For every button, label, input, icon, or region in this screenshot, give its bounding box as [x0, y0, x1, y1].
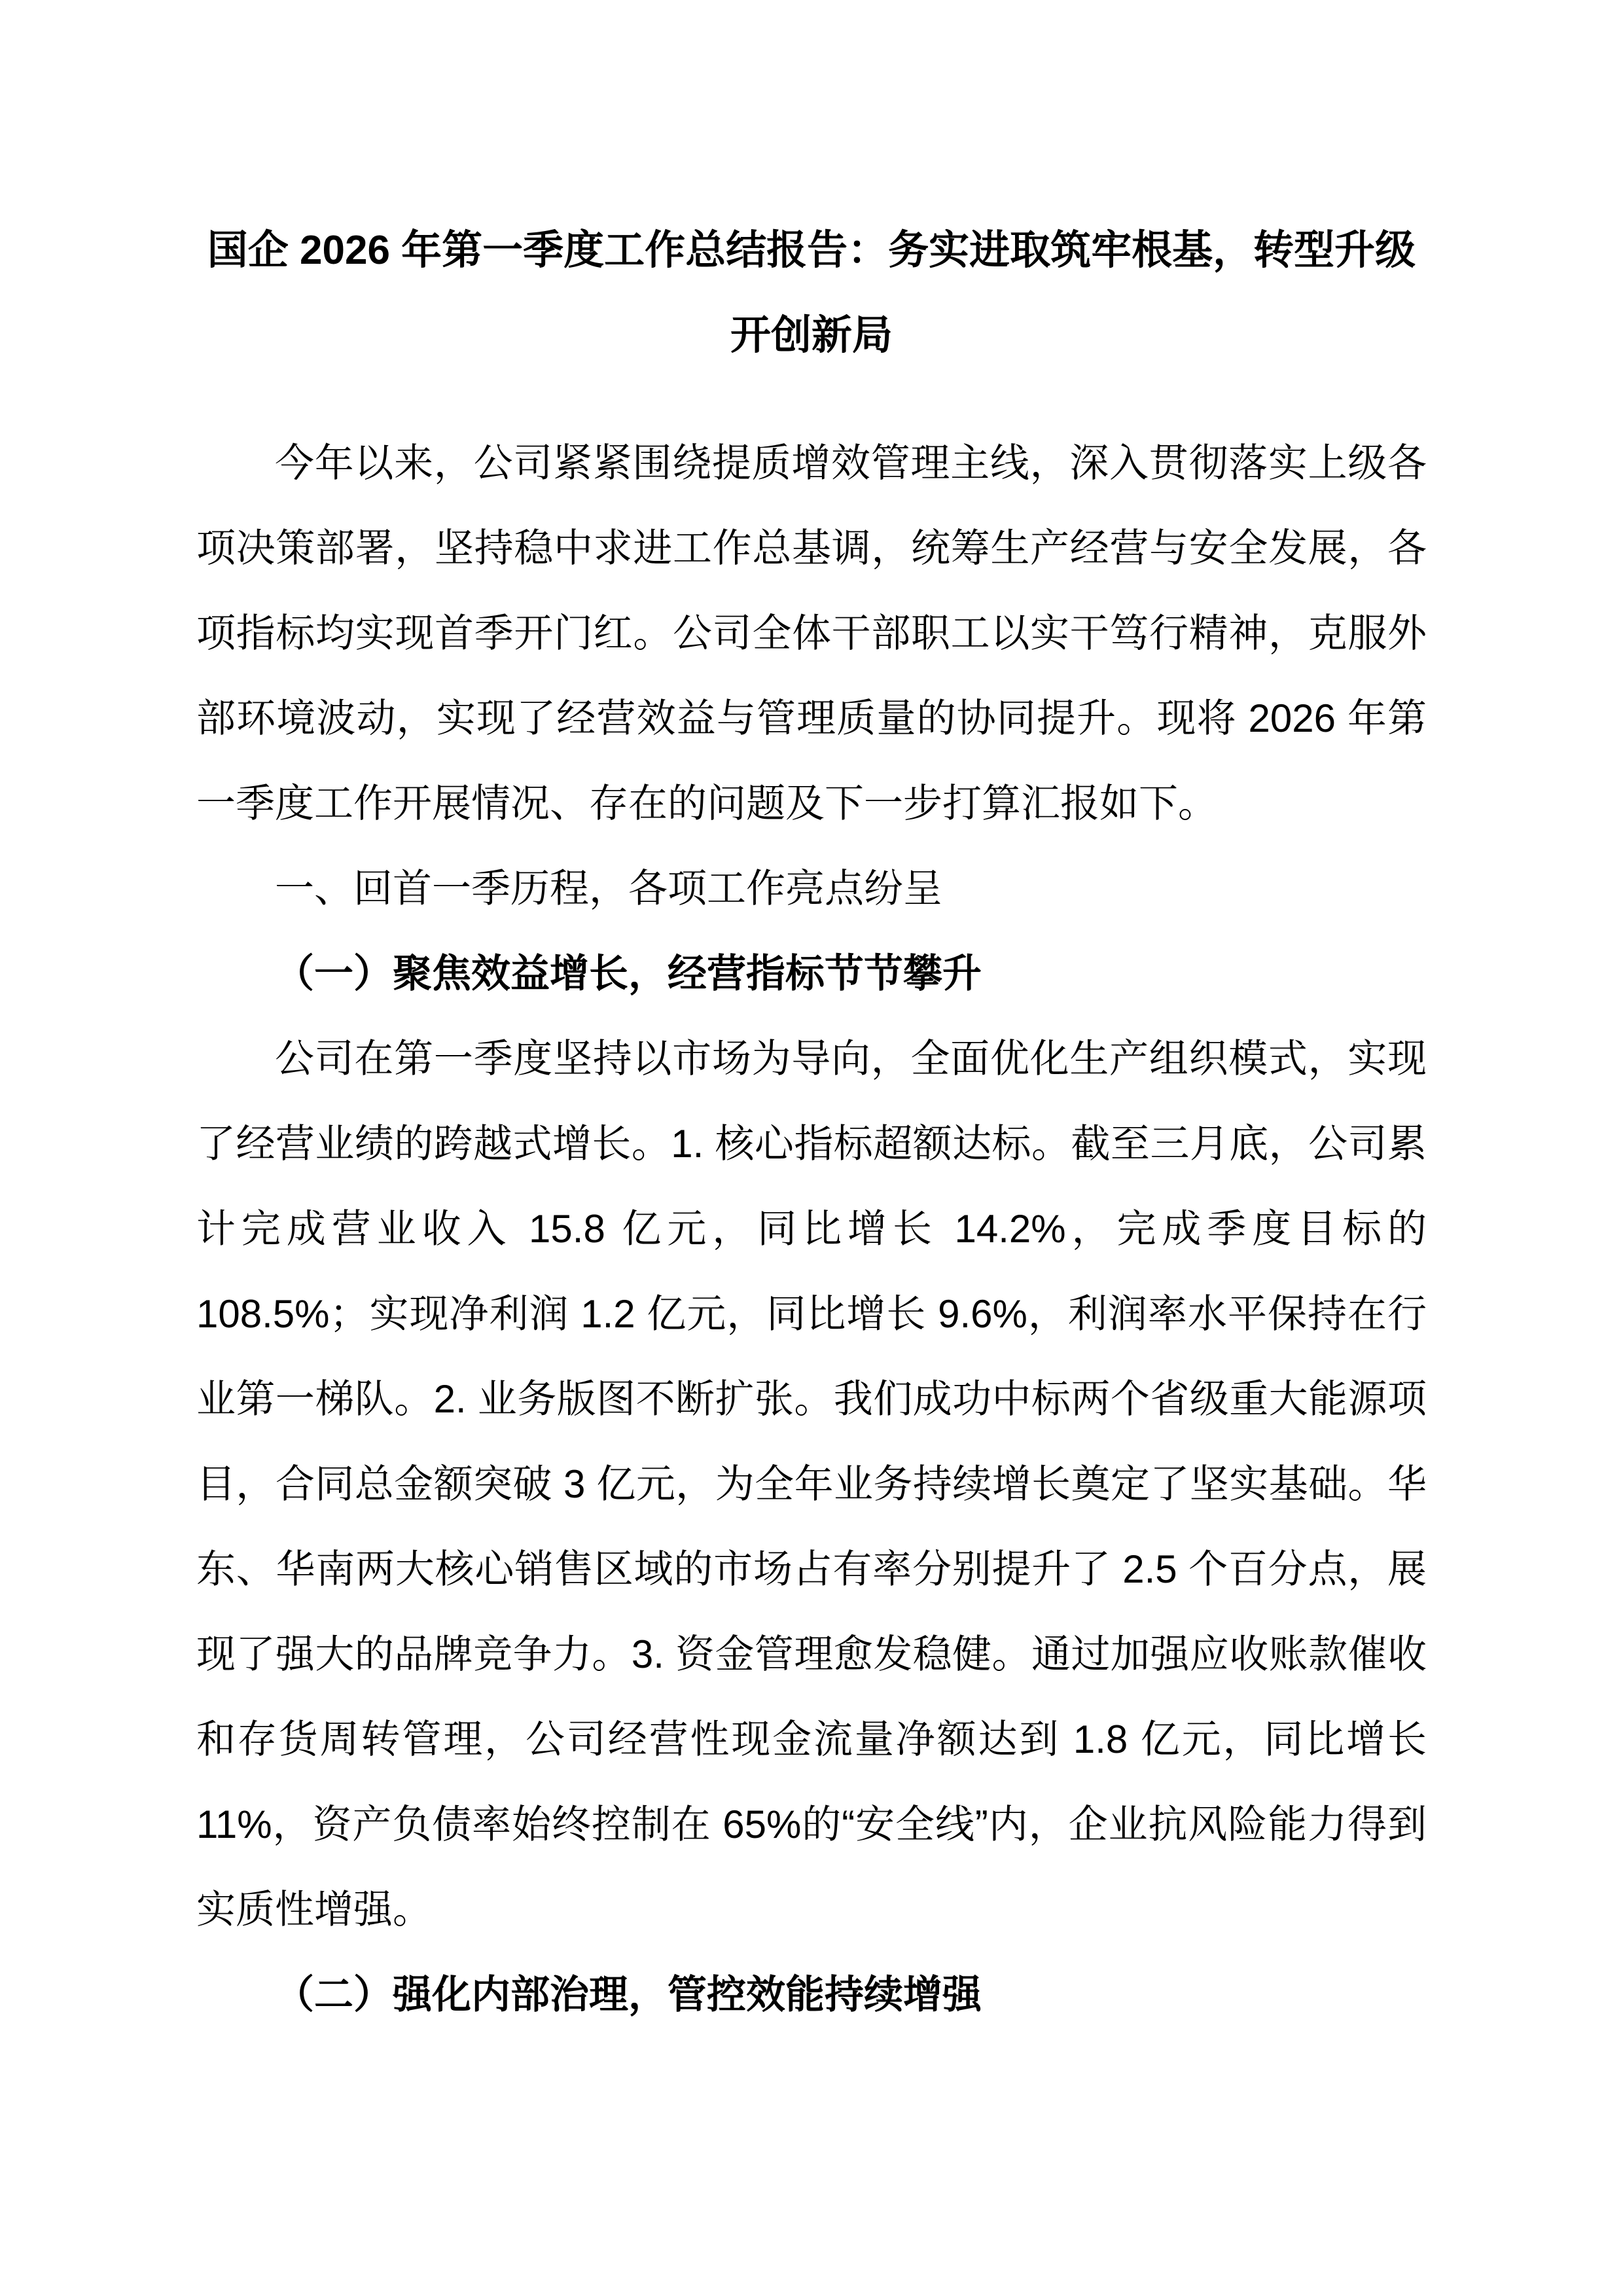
document-title-line-1: 国企 2026 年第一季度工作总结报告：务实进取筑牢根基，转型升级: [196, 208, 1427, 293]
document-title-line-2: 开创新局: [196, 293, 1427, 378]
document-title: 国企 2026 年第一季度工作总结报告：务实进取筑牢根基，转型升级 开创新局: [196, 208, 1427, 378]
section-1-1-paragraph: 公司在第一季度坚持以市场为导向，全面优化生产组织模式，实现了经营业绩的跨越式增长…: [196, 1016, 1427, 1952]
section-1-heading: 一、回首一季历程，各项工作亮点纷呈: [196, 846, 1427, 931]
document-page: 国企 2026 年第一季度工作总结报告：务实进取筑牢根基，转型升级 开创新局 今…: [0, 0, 1623, 2296]
intro-paragraph: 今年以来，公司紧紧围绕提质增效管理主线，深入贯彻落实上级各项决策部署，坚持稳中求…: [196, 421, 1427, 846]
section-1-1-heading: （一）聚焦效益增长，经营指标节节攀升: [196, 931, 1427, 1016]
section-1-2-heading: （二）强化内部治理，管控效能持续增强: [196, 1952, 1427, 2037]
